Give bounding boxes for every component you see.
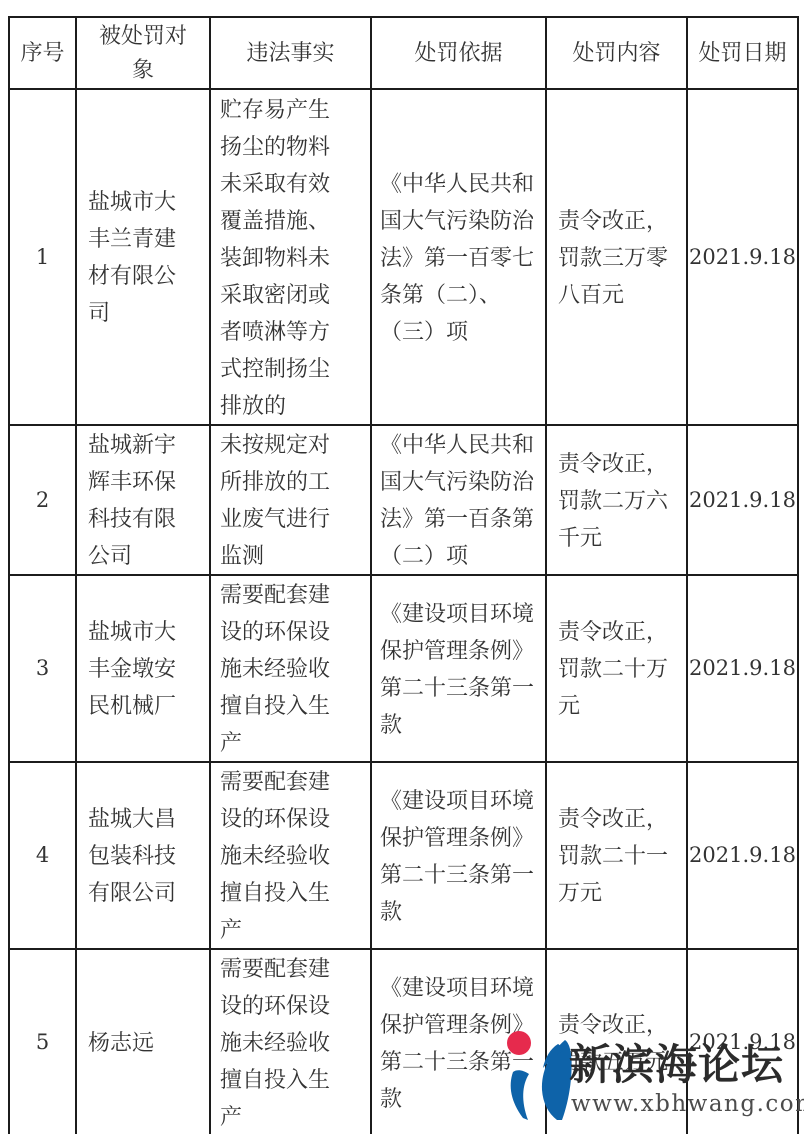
table-row: 2 盐城新宇辉丰环保科技有限公司 未按规定对所排放的工业废气进行监测 《中华人民… — [9, 425, 798, 575]
table-row: 5 杨志远 需要配套建设的环保设施未经验收擅自投入生产 《建设项目环境保护管理条… — [9, 949, 798, 1134]
col-header-date: 处罚日期 — [687, 17, 798, 89]
cell-basis: 《建设项目环境保护管理条例》第二十三条第一款 — [371, 762, 546, 949]
cell-basis: 《中华人民共和国大气污染防治法》第一百零七条第（二）、（三）项 — [371, 89, 546, 425]
cell-target: 盐城市大丰金墩安民机械厂 — [76, 575, 210, 762]
header-row: 序号 被处罚对象 违法事实 处罚依据 处罚内容 处罚日期 — [9, 17, 798, 89]
cell-no: 1 — [9, 89, 76, 425]
cell-target: 盐城新宇辉丰环保科技有限公司 — [76, 425, 210, 575]
cell-target: 盐城市大丰兰青建材有限公司 — [76, 89, 210, 425]
table-row: 3 盐城市大丰金墩安民机械厂 需要配套建设的环保设施未经验收擅自投入生产 《建设… — [9, 575, 798, 762]
cell-facts: 贮存易产生扬尘的物料未采取有效覆盖措施、装卸物料未采取密闭或者喷淋等方式控制扬尘… — [210, 89, 371, 425]
col-header-no: 序号 — [9, 17, 76, 89]
cell-date: 2021.9.18 — [687, 425, 798, 575]
cell-date: 2021.9.18 — [687, 762, 798, 949]
cell-target: 杨志远 — [76, 949, 210, 1134]
cell-no: 4 — [9, 762, 76, 949]
cell-target: 盐城大昌包装科技有限公司 — [76, 762, 210, 949]
penalty-table: 序号 被处罚对象 违法事实 处罚依据 处罚内容 处罚日期 1 盐城市大丰兰青建材… — [8, 16, 799, 1134]
cell-facts: 需要配套建设的环保设施未经验收擅自投入生产 — [210, 575, 371, 762]
cell-no: 3 — [9, 575, 76, 762]
cell-content: 责令改正，罚款二十万元 — [546, 575, 687, 762]
cell-content: 责令改正，罚款五万元 — [546, 949, 687, 1134]
table-row: 4 盐城大昌包装科技有限公司 需要配套建设的环保设施未经验收擅自投入生产 《建设… — [9, 762, 798, 949]
cell-basis: 《中华人民共和国大气污染防治法》第一百条第（二）项 — [371, 425, 546, 575]
cell-basis: 《建设项目环境保护管理条例》第二十三条第一款 — [371, 575, 546, 762]
col-header-target: 被处罚对象 — [76, 17, 210, 89]
cell-content: 责令改正，罚款二十一万元 — [546, 762, 687, 949]
cell-no: 2 — [9, 425, 76, 575]
cell-facts: 需要配套建设的环保设施未经验收擅自投入生产 — [210, 949, 371, 1134]
cell-facts: 需要配套建设的环保设施未经验收擅自投入生产 — [210, 762, 371, 949]
cell-content: 责令改正，罚款二万六千元 — [546, 425, 687, 575]
cell-basis: 《建设项目环境保护管理条例》第二十三条第一款 — [371, 949, 546, 1134]
col-header-basis: 处罚依据 — [371, 17, 546, 89]
cell-content: 责令改正，罚款三万零八百元 — [546, 89, 687, 425]
col-header-content: 处罚内容 — [546, 17, 687, 89]
cell-date: 2021.9.18 — [687, 575, 798, 762]
cell-date: 2021.9.18 — [687, 949, 798, 1134]
cell-no: 5 — [9, 949, 76, 1134]
table-row: 1 盐城市大丰兰青建材有限公司 贮存易产生扬尘的物料未采取有效覆盖措施、装卸物料… — [9, 89, 798, 425]
cell-facts: 未按规定对所排放的工业废气进行监测 — [210, 425, 371, 575]
col-header-facts: 违法事实 — [210, 17, 371, 89]
cell-date: 2021.9.18 — [687, 89, 798, 425]
